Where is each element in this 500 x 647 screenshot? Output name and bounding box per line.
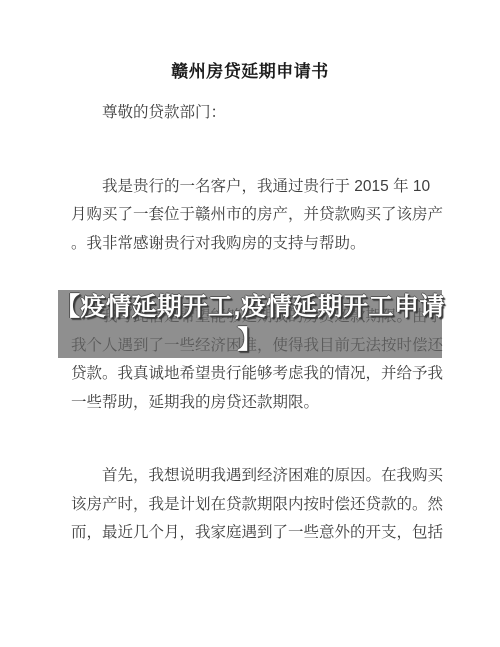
paragraph-line: 月购买了一套位于赣州市的房产，并贷款购买了该房产 [71, 201, 444, 230]
paragraph-line: 而，最近几个月，我家庭遇到了一些意外的开支，包括 [71, 519, 444, 548]
paragraph-line: 。我非常感谢贵行对我购房的支持与帮助。 [71, 230, 444, 259]
paragraph-line: 该房产时，我是计划在贷款期限内按时偿还贷款的。然 [71, 491, 444, 520]
paragraph-line: 一些帮助，延期我的房贷还款期限。 [71, 389, 444, 418]
overlay-text-line1: 【疫情延期开工,疫情延期开工申请 [55, 291, 445, 324]
document-title: 赣州房贷延期申请书 [0, 0, 500, 86]
paragraphs-container: 我是贵行的一名客户，我通过贵行于 2015 年 10月购买了一套位于赣州市的房产… [0, 173, 500, 548]
watermark-overlay-banner: 【疫情延期开工,疫情延期开工申请 】 [58, 290, 442, 358]
paragraph: 我是贵行的一名客户，我通过贵行于 2015 年 10月购买了一套位于赣州市的房产… [71, 173, 444, 259]
document-page: 赣州房贷延期申请书 尊敬的贷款部门： 我是贵行的一名客户，我通过贵行于 2015… [0, 0, 500, 647]
paragraph-line: 我是贵行的一名客户，我通过贵行于 2015 年 10 [71, 173, 444, 202]
paragraph-line: 首先，我想说明我遇到经济困难的原因。在我购买 [71, 462, 444, 491]
overlay-text-line2: 】 [237, 324, 263, 357]
paragraph: 首先，我想说明我遇到经济困难的原因。在我购买该房产时，我是计划在贷款期限内按时偿… [71, 462, 444, 548]
paragraph-line: 贷款。我真诚地希望贵行能够考虑我的情况，并给予我 [71, 360, 444, 389]
salutation: 尊敬的贷款部门： [71, 99, 444, 128]
